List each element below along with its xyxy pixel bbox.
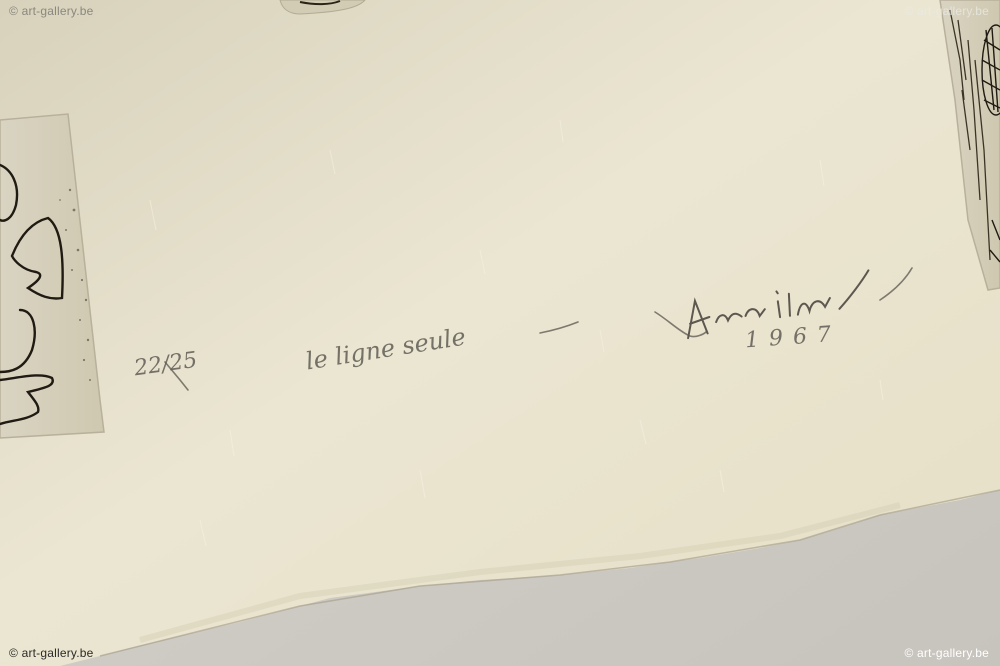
watermark-bottom-left: © art-gallery.be [9, 646, 94, 660]
watermark-top-right: © art-gallery.be [904, 4, 989, 18]
watermark-bottom-right: © art-gallery.be [904, 646, 989, 660]
watermark-top-left: © art-gallery.be [9, 4, 94, 18]
